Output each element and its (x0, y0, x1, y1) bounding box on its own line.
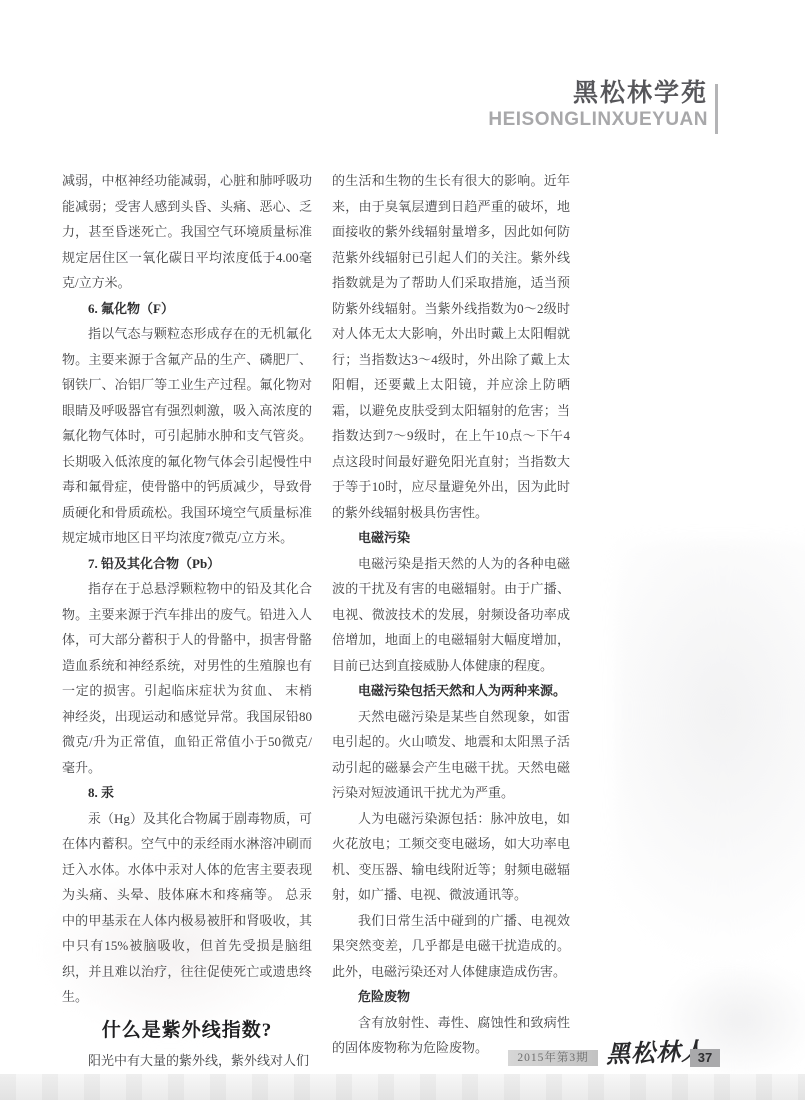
section-heading: 电磁污染包括天然和人为两种来源。 (332, 678, 570, 704)
page-number-badge: 37 (690, 1049, 720, 1067)
paragraph: 我们日常生活中碰到的广播、电视效果突然变差，几乎都是电磁干扰造成的。此外，电磁污… (332, 908, 570, 985)
paragraph: 阳光中有大量的紫外线，紫外线对人们 (62, 1048, 312, 1074)
paragraph: 人为电磁污染源包括：脉冲放电，如火花放电；工频交变电磁场，如大功率电机、变压器、… (332, 806, 570, 908)
paragraph: 电磁污染是指天然的人为的各种电磁波的干扰及有害的电磁辐射。由于广播、电视、微波技… (332, 551, 570, 679)
section-heading: 电磁污染 (332, 525, 570, 551)
section-heading: 7. 铅及其化合物（Pb） (62, 551, 312, 577)
column-title-pinyin: HEISONGLINXUEYUAN (488, 109, 708, 131)
header-vertical-rule (715, 84, 718, 134)
floral-watermark (615, 540, 805, 970)
left-column: 减弱，中枢神经功能减弱，心脏和肺呼吸功能减弱；受害人感到头昏、头痛、恶心、乏力，… (62, 168, 312, 1073)
right-column: 的生活和生物的生长有很大的影响。近年来，由于臭氧层遭到日趋严重的破坏，地面接收的… (332, 168, 570, 1061)
paragraph-continued: 的生活和生物的生长有很大的影响。近年来，由于臭氧层遭到日趋严重的破坏，地面接收的… (332, 168, 570, 525)
journal-name-calligraphy: 黑松林人 (606, 1038, 691, 1071)
paragraph: 汞（Hg）及其化合物属于剧毒物质，可在体内蓄积。空气中的汞经雨水淋溶冲刷而迁入水… (62, 806, 312, 1010)
page-header: 黑松林学苑 HEISONGLINXUEYUAN (488, 80, 708, 131)
issue-label: 2015年第3期 (508, 1050, 598, 1066)
paragraph-continued: 减弱，中枢神经功能减弱，心脏和肺呼吸功能减弱；受害人感到头昏、头痛、恶心、乏力，… (62, 168, 312, 296)
section-heading: 8. 汞 (62, 780, 312, 806)
section-heading: 6. 氟化物（F） (62, 296, 312, 322)
paragraph: 指存在于总悬浮颗粒物中的铅及其化合物。主要来源于汽车排出的废气。铅进入人体，可大… (62, 576, 312, 780)
paragraph: 天然电磁污染是某些自然现象，如雷电引起的。火山喷发、地震和太阳黑子活动引起的磁暴… (332, 704, 570, 806)
column-title-chinese: 黑松林学苑 (488, 80, 708, 107)
paragraph: 指以气态与颗粒态形成存在的无机氟化物。主要来源于含氟产品的生产、磷肥厂、钢铁厂、… (62, 321, 312, 551)
article-title: 什么是紫外线指数? (62, 1017, 312, 1044)
bottom-texture-band (0, 1074, 805, 1100)
section-heading: 危险废物 (332, 984, 570, 1010)
magazine-page: 黑松林学苑 HEISONGLINXUEYUAN 减弱，中枢神经功能减弱，心脏和肺… (0, 0, 805, 1100)
